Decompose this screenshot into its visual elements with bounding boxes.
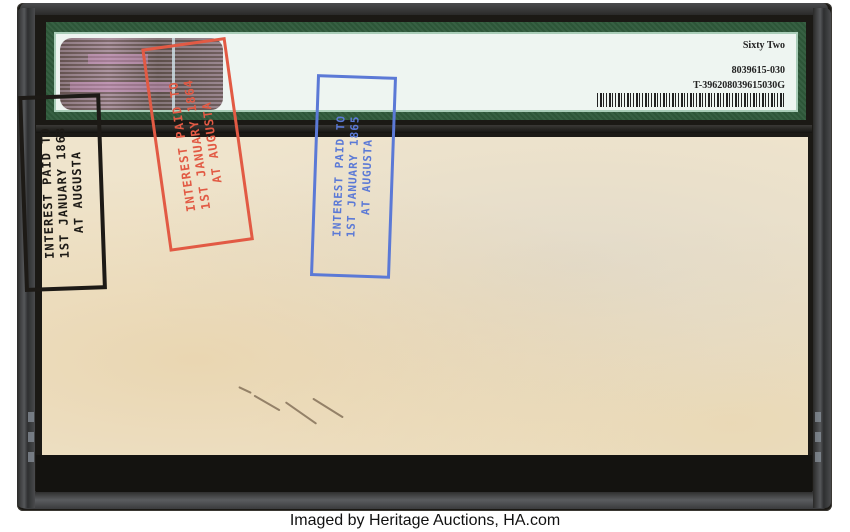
holder-rail-top bbox=[20, 3, 828, 15]
holder-notch bbox=[28, 412, 34, 422]
stamp-black: INTEREST PAID TO 1ST JANUARY 1863 AT AUG… bbox=[18, 93, 107, 292]
holder-notch bbox=[28, 452, 34, 462]
holder-rail-bottom bbox=[20, 491, 828, 509]
holder-bottom-panel bbox=[36, 455, 812, 492]
barcode-icon bbox=[597, 93, 785, 107]
holder-notch bbox=[815, 452, 821, 462]
pen-mark bbox=[254, 395, 281, 412]
holder-notch bbox=[815, 432, 821, 442]
stamp-line: AT AUGUSTA bbox=[69, 151, 87, 234]
pen-mark bbox=[238, 386, 252, 394]
banknote-back bbox=[42, 137, 808, 455]
image-credit: Imaged by Heritage Auctions, HA.com bbox=[0, 512, 850, 530]
holder-notch bbox=[28, 432, 34, 442]
pen-mark bbox=[312, 398, 344, 419]
cert-number: 8039615-030 bbox=[732, 65, 785, 76]
grade-text: Sixty Two bbox=[743, 41, 785, 51]
stamp-blue: INTEREST PAID TO 1ST JANUARY 1865 AT AUG… bbox=[310, 74, 397, 279]
holder-notch bbox=[815, 412, 821, 422]
serial-code: T-396208039615030G bbox=[693, 80, 785, 91]
pen-mark bbox=[285, 401, 317, 424]
grade-text-wrap: Sixty Two bbox=[585, 41, 785, 53]
stamp-line: AT AUGUSTA bbox=[359, 139, 375, 216]
